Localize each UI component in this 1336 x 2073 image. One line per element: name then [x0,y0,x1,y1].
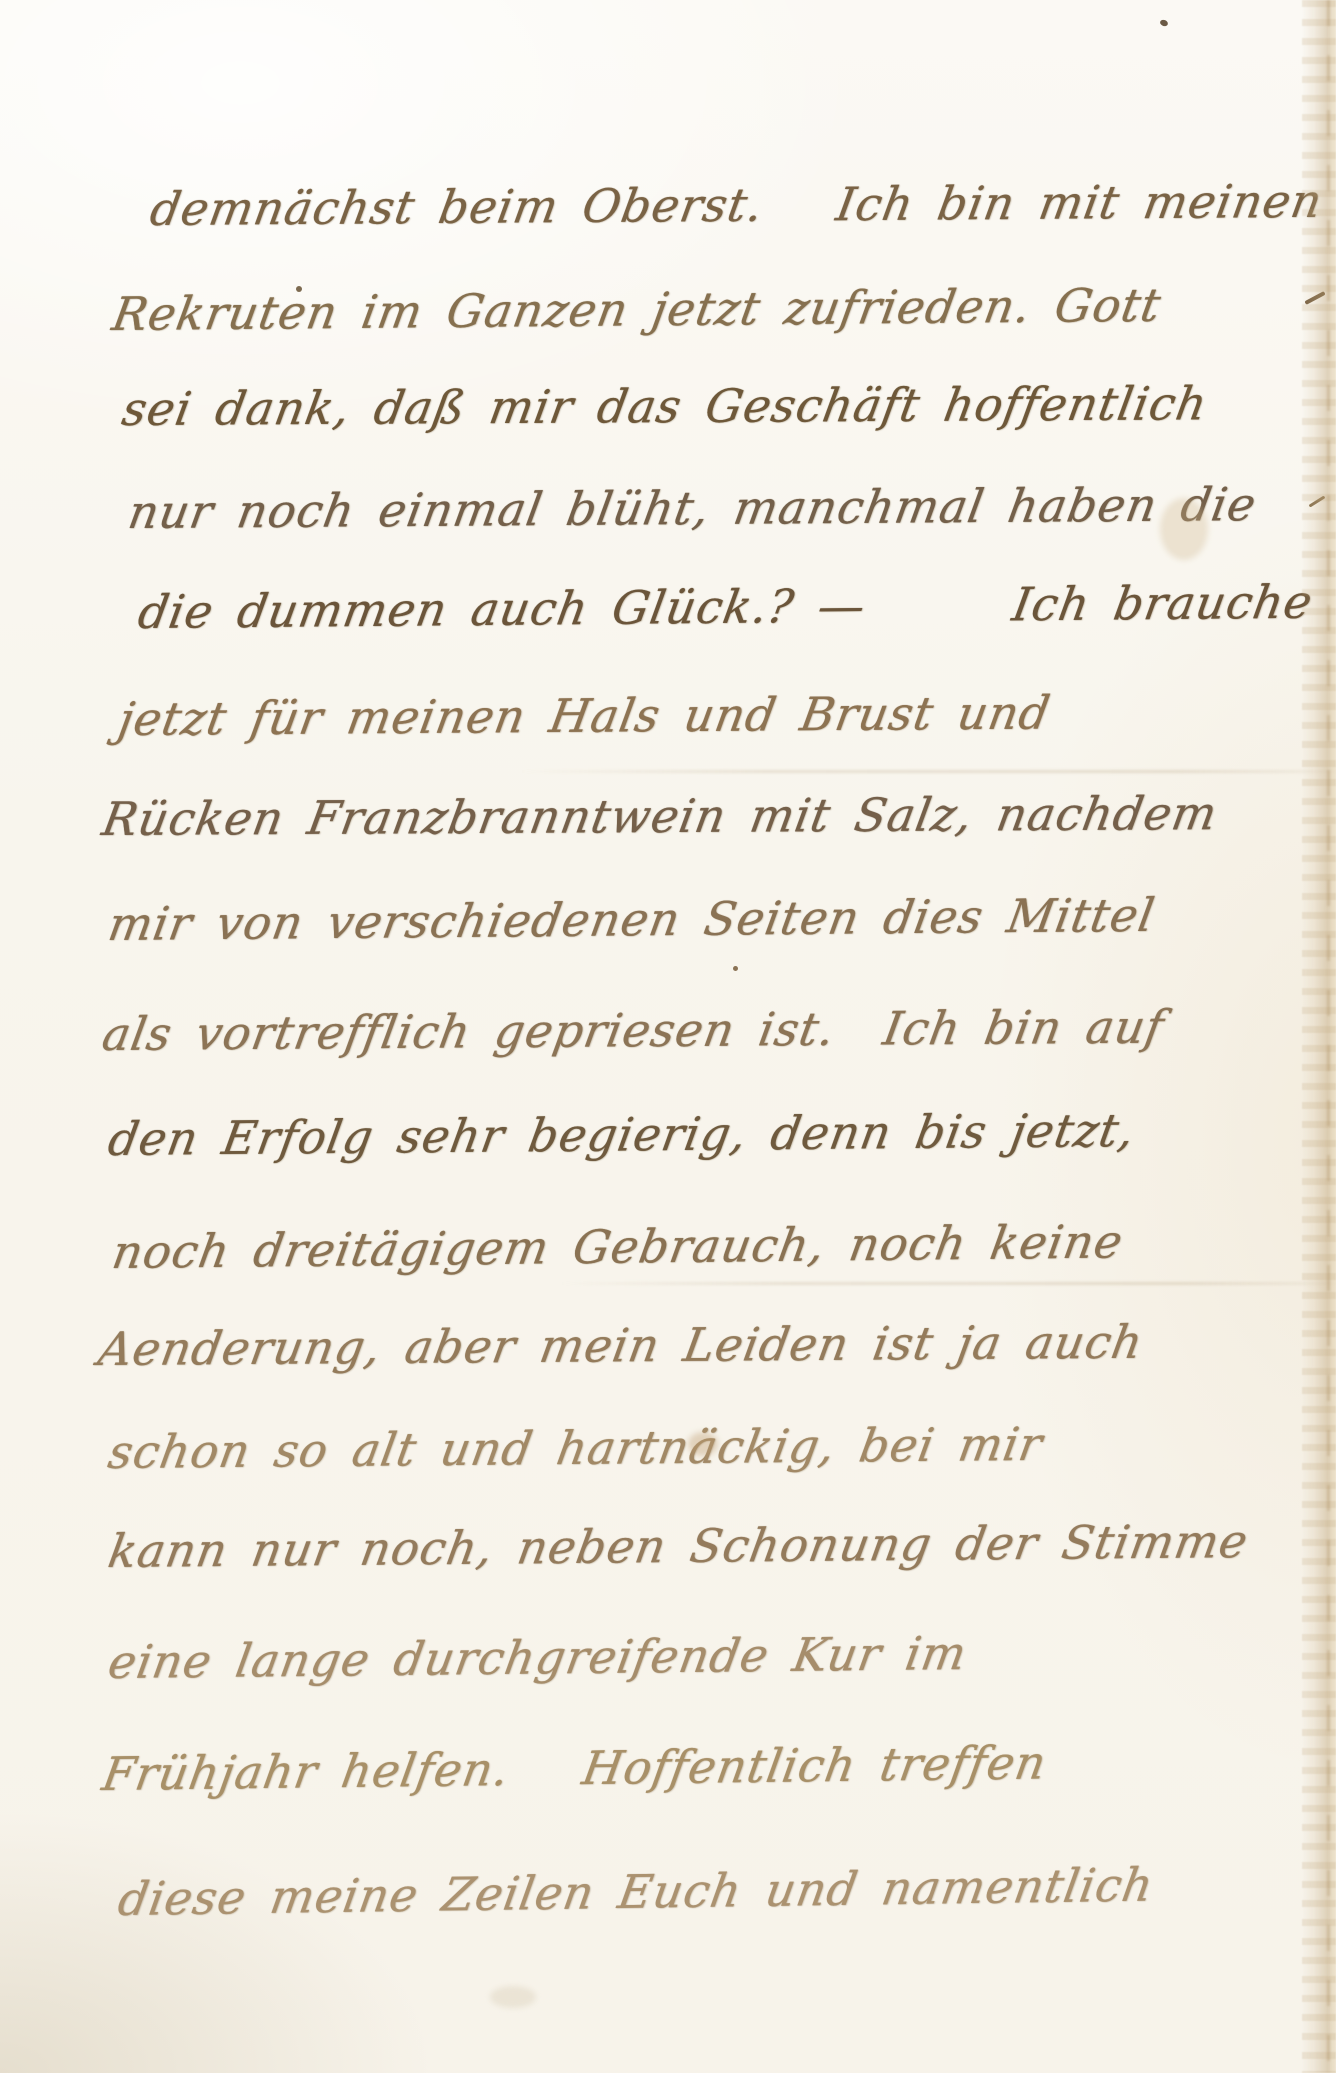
handwriting-line-15: eine lange durchgreifende Kur im [104,1626,970,1690]
handwriting-line-1: demnächst beim Oberst. Ich bin mit meine… [146,174,1326,237]
ink-speck [733,966,738,971]
handwriting-line-7: Rücken Franzbranntwein mit Salz, nachdem [98,786,1221,847]
ink-speck [296,286,302,292]
handwriting-line-13: schon so alt und hartnäckig, bei mir [104,1417,1047,1480]
paper-stain [1160,498,1208,560]
handwriting-line-9: als vortrefflich gepriesen ist. Ich bin … [98,1000,1168,1063]
page-edge-texture [1327,0,1330,2073]
handwriting-line-6: jetzt für meinen Hals und Brust und [114,685,1054,747]
paper-stain [490,1986,536,2008]
ink-speck [1159,19,1169,27]
handwriting-line-17: diese meine Zeilen Euch und namentlich [114,1857,1157,1927]
handwriting-line-11: noch dreitägigem Gebrauch, noch keine [108,1214,1127,1280]
page-edge [1302,0,1336,2073]
handwriting-line-5: die dummen auch Glück.? — Ich brauche [134,575,1317,641]
fold-crease [560,1282,1336,1285]
handwriting-line-4: nur noch einmal blüht, manchmal haben di… [124,477,1260,540]
handwriting-line-16: Frühjahr helfen. Hoffentlich treffen [98,1735,1050,1802]
handwriting-line-12: Aenderung, aber mein Leiden ist ja auch [94,1315,1147,1378]
fold-crease [520,770,1336,773]
scanned-letter: { "letter": { "lines": [ "demnächst beim… [0,0,1336,2073]
handwriting-line-2: Rekruten im Ganzen jetzt zufrieden. Gott [108,278,1165,342]
handwriting-line-10: den Erfolg sehr begierig, denn bis jetzt… [104,1103,1139,1167]
letter-page: demnächst beim Oberst. Ich bin mit meine… [0,0,1336,2073]
handwriting-line-8: mir von verschiedenen Seiten dies Mittel [104,888,1159,952]
paper-stain [688,1432,718,1456]
handwriting-line-14: kann nur noch, neben Schonung der Stimme [104,1514,1252,1579]
handwriting-line-3: sei dank, daß mir das Geschäft hoffentli… [118,376,1212,437]
